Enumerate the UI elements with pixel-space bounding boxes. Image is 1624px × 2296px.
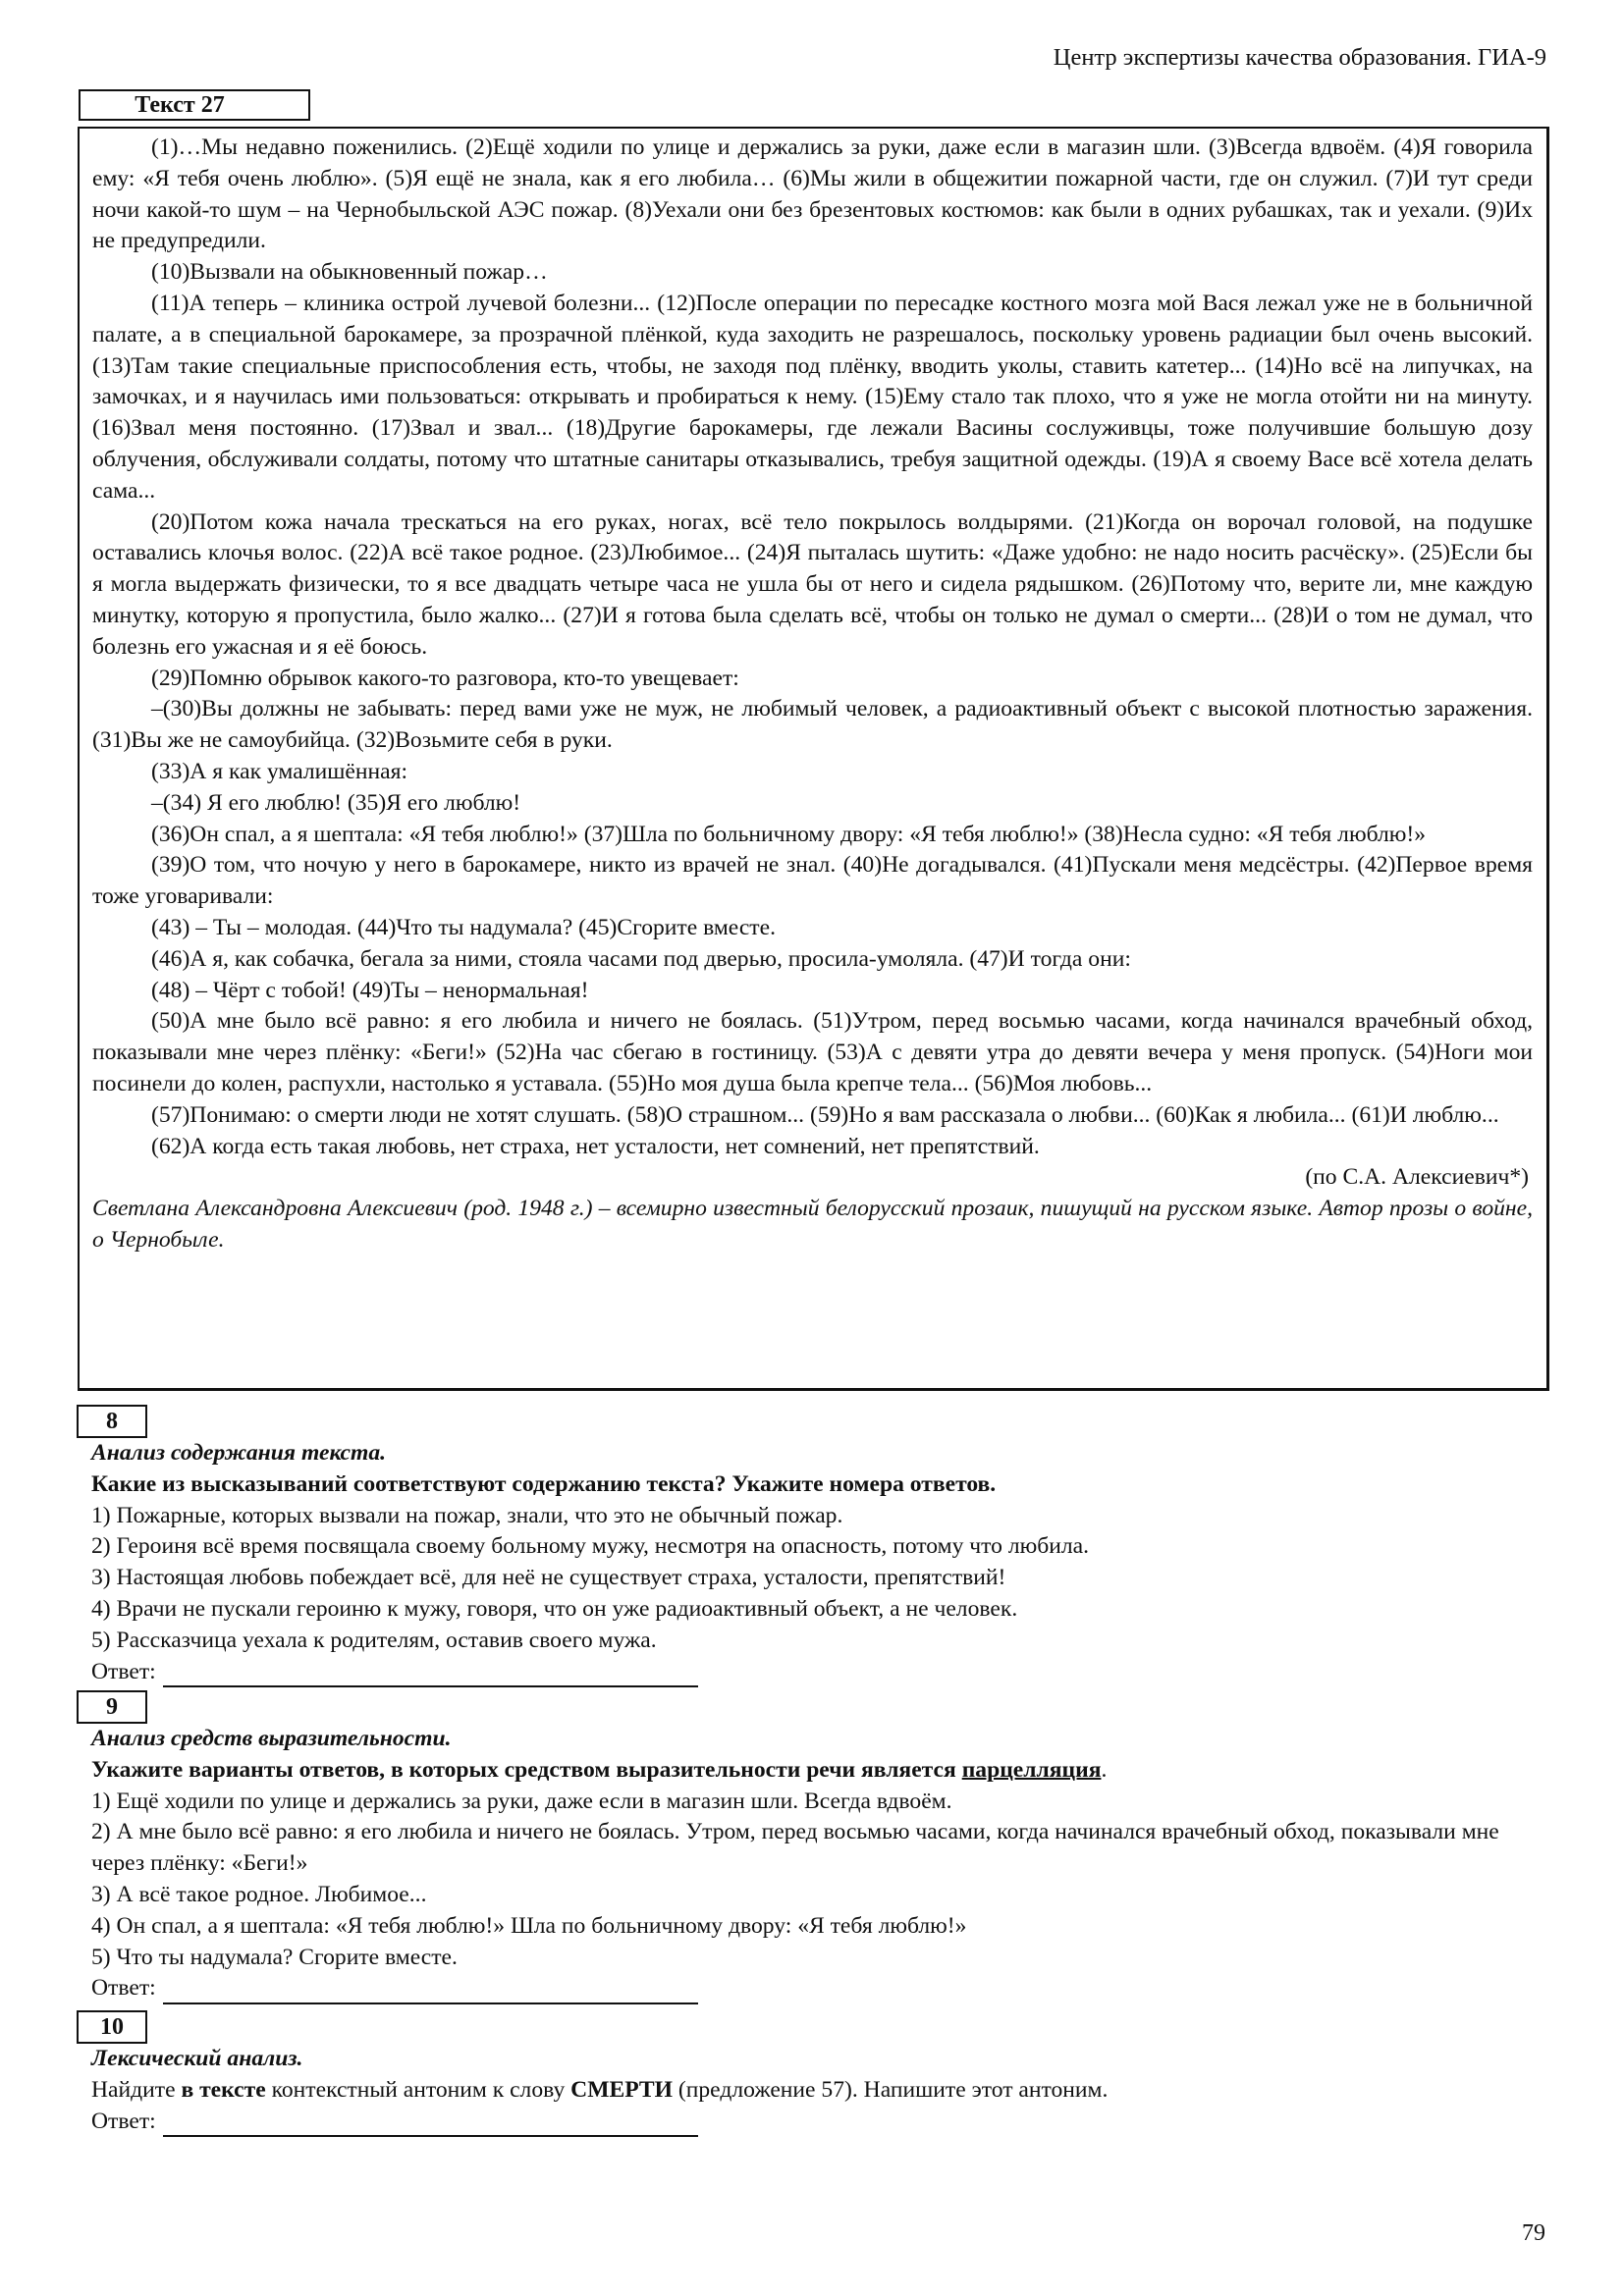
passage-paragraph: (43) – Ты – молодая. (44)Что ты надумала… (92, 913, 1533, 944)
answer-field[interactable] (163, 1981, 698, 2004)
passage-paragraph: (46)А я, как собачка, бегала за ними, ст… (92, 944, 1533, 976)
task-category: Анализ средств выразительности. (91, 1724, 1549, 1755)
task-instruction: Найдите в тексте контекстный антоним к с… (91, 2075, 1549, 2107)
answer-option: 4) Он спал, а я шептала: «Я тебя люблю!»… (91, 1911, 1549, 1943)
task-8: 8 Анализ содержания текста. Какие из выс… (77, 1405, 1549, 1687)
instruction-term: парцелляция (962, 1757, 1102, 1783)
answer-label: Ответ: (91, 2107, 156, 2138)
answer-row: Ответ: (91, 2107, 1549, 2138)
task-category: Лексический анализ. (91, 2044, 1549, 2075)
passage-paragraph: (57)Понимаю: о смерти люди не хотят слуш… (92, 1100, 1533, 1132)
answer-option: 3) Настоящая любовь побеждает всё, для н… (91, 1563, 1549, 1594)
answer-option: 2) Героиня всё время посвящала своему бо… (91, 1531, 1549, 1563)
passage-paragraph: (50)А мне было всё равно: я его любила и… (92, 1006, 1533, 1099)
instruction-keyword: СМЕРТИ (570, 2077, 673, 2103)
page-number: 79 (1522, 2220, 1545, 2247)
answer-label: Ответ: (91, 1657, 156, 1688)
task-instruction: Какие из высказываний соответствуют соде… (91, 1469, 1549, 1501)
passage-attribution: (по С.А. Алексиевич*) (92, 1162, 1533, 1194)
task-instruction: Укажите варианты ответов, в которых сред… (91, 1755, 1549, 1787)
answer-option: 3) А всё такое родное. Любимое... (91, 1880, 1549, 1911)
passage-paragraph: (11)А теперь – клиника острой лучевой бо… (92, 289, 1533, 507)
task-number: 10 (77, 2010, 147, 2044)
instruction-end: . (1101, 1757, 1107, 1783)
instruction-emphasis: в тексте (181, 2077, 265, 2103)
answer-field[interactable] (163, 1664, 698, 1687)
answer-label: Ответ: (91, 1973, 156, 2004)
passage-paragraph: (10)Вызвали на обыкновенный пожар… (92, 257, 1533, 289)
passage-paragraph: (62)А когда есть такая любовь, нет страх… (92, 1132, 1533, 1163)
answer-option: 1) Ещё ходили по улице и держались за ру… (91, 1787, 1549, 1818)
answer-option: 5) Рассказчица уехала к родителям, остав… (91, 1626, 1549, 1657)
author-note: Светлана Александровна Алексиевич (род. … (92, 1194, 1533, 1256)
answer-row: Ответ: (91, 1657, 1549, 1688)
passage-paragraph: (48) – Чёрт с тобой! (49)Ты – ненормальн… (92, 976, 1533, 1007)
text-number-label: Текст 27 (79, 89, 310, 121)
passage-paragraph: –(30)Вы должны не забывать: перед вами у… (92, 694, 1533, 757)
instruction-text: контекстный антоним к слову (266, 2077, 570, 2103)
passage-paragraph: (39)О том, что ночую у него в барокамере… (92, 850, 1533, 913)
reading-passage: (1)…Мы недавно поженились. (2)Ещё ходили… (78, 127, 1549, 1391)
task-number: 9 (77, 1690, 147, 1724)
passage-paragraph: –(34) Я его люблю! (35)Я его люблю! (92, 788, 1533, 820)
task-10: 10 Лексический анализ. Найдите в тексте … (77, 2010, 1549, 2137)
passage-paragraph: (29)Помню обрывок какого-то разговора, к… (92, 664, 1533, 695)
instruction-text: Найдите (91, 2077, 181, 2103)
passage-paragraph: (33)А я как умалишённая: (92, 757, 1533, 788)
answer-option: 2) А мне было всё равно: я его любила и … (91, 1817, 1549, 1880)
instruction-text: (предложение 57). Напишите этот антоним. (673, 2077, 1108, 2103)
answer-field[interactable] (163, 2113, 698, 2137)
task-9: 9 Анализ средств выразительности. Укажит… (77, 1690, 1549, 2004)
answer-row: Ответ: (91, 1973, 1549, 2004)
task-category: Анализ содержания текста. (91, 1438, 1549, 1469)
passage-paragraph: (20)Потом кожа начала трескаться на его … (92, 507, 1533, 664)
answer-option: 1) Пожарные, которых вызвали на пожар, з… (91, 1501, 1549, 1532)
instruction-text: Укажите варианты ответов, в которых сред… (91, 1757, 962, 1783)
answer-option: 4) Врачи не пускали героиню к мужу, гово… (91, 1594, 1549, 1626)
passage-paragraph: (36)Он спал, а я шептала: «Я тебя люблю!… (92, 820, 1533, 851)
task-number: 8 (77, 1405, 147, 1438)
passage-paragraph: (1)…Мы недавно поженились. (2)Ещё ходили… (92, 133, 1533, 257)
page-header: Центр экспертизы качества образования. Г… (1054, 43, 1546, 73)
answer-option: 5) Что ты надумала? Сгорите вместе. (91, 1943, 1549, 1974)
